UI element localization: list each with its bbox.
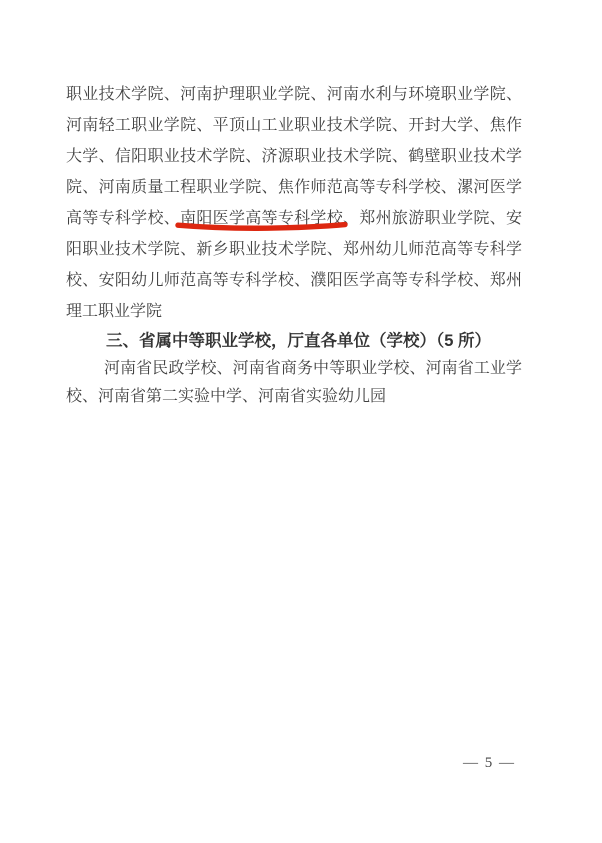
body-line: 阳职业技术学院、新乡职业技术学院、郑州幼儿师范高等专科学: [66, 234, 522, 265]
red-marker-underline-icon: [175, 221, 348, 231]
document-page: 职业技术学院、河南护理职业学院、河南水利与环境职业学院、 河南轻工职业学院、平顶…: [0, 0, 602, 843]
body-line: 校、安阳幼儿师范高等专科学校、濮阳医学高等专科学校、郑州: [66, 265, 522, 296]
body-line: 院、河南质量工程职业学院、焦作师范高等专科学校、漯河医学: [66, 172, 522, 203]
document-content: 职业技术学院、河南护理职业学院、河南水利与环境职业学院、 河南轻工职业学院、平顶…: [66, 79, 522, 411]
body-text: 、郑州旅游职业学院、安: [343, 210, 522, 227]
body-text: 高等专科学校、: [66, 210, 180, 227]
body-line: 河南轻工职业学院、平顶山工业职业技术学院、开封大学、焦作: [66, 110, 522, 141]
highlighted-school-name: 南阳医学高等专科学校: [180, 210, 343, 227]
page-number: — 5 —: [463, 755, 516, 772]
section-heading: 三、省属中等职业学校，厅直各单位（学校）（5 所）: [106, 328, 522, 355]
body-line: 大学、信阳职业技术学院、济源职业技术学院、鹤壁职业技术学: [66, 141, 522, 172]
body-line: 河南省民政学校、河南省商务中等职业学校、河南省工业学: [66, 355, 522, 383]
body-line: 职业技术学院、河南护理职业学院、河南水利与环境职业学院、: [66, 79, 522, 110]
body-line: 校、河南省第二实验中学、河南省实验幼儿园: [66, 383, 522, 411]
body-line: 高等专科学校、南阳医学高等专科学校、郑州旅游职业学院、安: [66, 203, 522, 234]
body-line: 理工职业学院: [66, 296, 522, 327]
section-paragraph: 河南省民政学校、河南省商务中等职业学校、河南省工业学 校、河南省第二实验中学、河…: [66, 355, 522, 411]
